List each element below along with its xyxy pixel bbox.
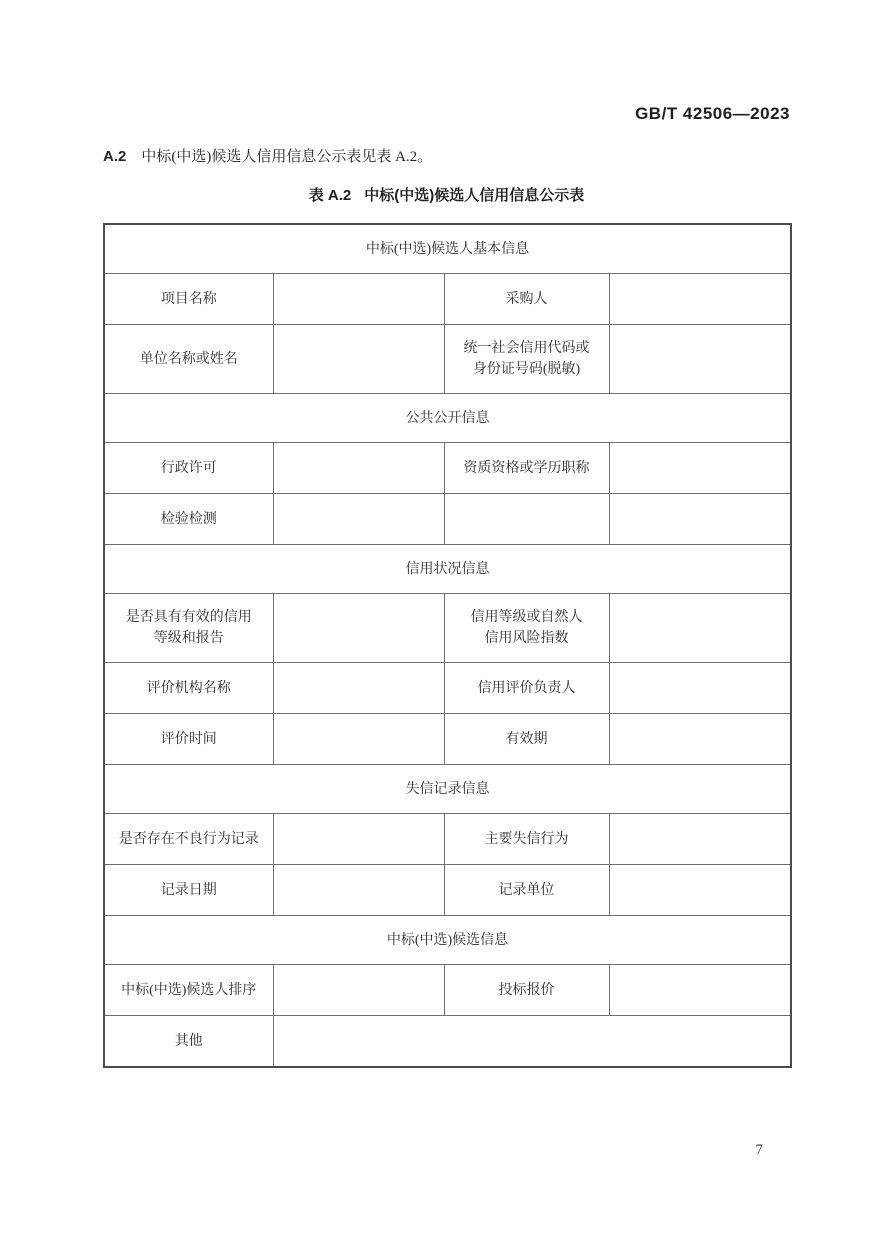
field-label: 信用等级或自然人 信用风险指数	[444, 594, 609, 663]
field-value	[609, 965, 791, 1016]
table-caption: 表 A.2中标(中选)候选人信用信息公示表	[103, 184, 790, 205]
field-label-line: 信用风险指数	[449, 628, 605, 649]
section-header: 中标(中选)候选人基本信息	[104, 224, 791, 274]
field-value	[273, 594, 444, 663]
field-value	[609, 814, 791, 865]
field-label-line: 身份证号码(脱敏)	[449, 359, 605, 380]
field-label: 统一社会信用代码或 身份证号码(脱敏)	[444, 325, 609, 394]
field-value	[273, 274, 444, 325]
section-header: 中标(中选)候选信息	[104, 916, 791, 965]
field-value	[273, 325, 444, 394]
field-value	[609, 274, 791, 325]
field-value	[273, 865, 444, 916]
field-value	[273, 443, 444, 494]
credit-info-table: 中标(中选)候选人基本信息 项目名称 采购人 单位名称或姓名 统一社会信用代码或…	[103, 223, 792, 1068]
field-label: 行政许可	[104, 443, 273, 494]
field-label-line: 信用等级或自然人	[449, 607, 605, 628]
field-label: 投标报价	[444, 965, 609, 1016]
field-label: 其他	[104, 1016, 273, 1068]
field-label: 单位名称或姓名	[104, 325, 273, 394]
section-row-candidate-info: 中标(中选)候选信息	[104, 916, 791, 965]
field-label: 记录日期	[104, 865, 273, 916]
field-label: 有效期	[444, 714, 609, 765]
table-row: 检验检测	[104, 494, 791, 545]
field-label-line: 是否具有有效的信用	[109, 607, 269, 628]
field-label: 评价时间	[104, 714, 273, 765]
field-label: 是否具有有效的信用 等级和报告	[104, 594, 273, 663]
field-label: 信用评价负责人	[444, 663, 609, 714]
field-label	[444, 494, 609, 545]
table-row: 单位名称或姓名 统一社会信用代码或 身份证号码(脱敏)	[104, 325, 791, 394]
field-value	[273, 663, 444, 714]
field-value	[273, 814, 444, 865]
field-value	[273, 494, 444, 545]
intro-paragraph: A.2中标(中选)候选人信用信息公示表见表 A.2。	[103, 147, 790, 167]
table-row: 评价时间 有效期	[104, 714, 791, 765]
field-value	[609, 663, 791, 714]
table-row: 中标(中选)候选人排序 投标报价	[104, 965, 791, 1016]
section-row-credit-status: 信用状况信息	[104, 545, 791, 594]
field-value	[609, 443, 791, 494]
table-caption-title: 中标(中选)候选人信用信息公示表	[364, 187, 584, 204]
field-value	[273, 1016, 791, 1068]
field-label: 主要失信行为	[444, 814, 609, 865]
page-content: GB/T 42506—2023 A.2中标(中选)候选人信用信息公示表见表 A.…	[103, 104, 790, 1068]
standard-number: GB/T 42506—2023	[103, 104, 790, 124]
field-value	[609, 325, 791, 394]
table-row: 项目名称 采购人	[104, 274, 791, 325]
section-header: 失信记录信息	[104, 765, 791, 814]
field-value	[609, 594, 791, 663]
section-row-basic-info: 中标(中选)候选人基本信息	[104, 224, 791, 274]
field-label: 中标(中选)候选人排序	[104, 965, 273, 1016]
field-label: 项目名称	[104, 274, 273, 325]
field-value	[273, 714, 444, 765]
field-label: 记录单位	[444, 865, 609, 916]
document-page: GB/T 42506—2023 A.2中标(中选)候选人信用信息公示表见表 A.…	[0, 0, 880, 1242]
table-caption-number: 表 A.2	[309, 187, 352, 204]
page-number: 7	[756, 1142, 764, 1159]
field-label: 检验检测	[104, 494, 273, 545]
section-row-dishonesty-records: 失信记录信息	[104, 765, 791, 814]
field-value	[609, 865, 791, 916]
section-header: 公共公开信息	[104, 394, 791, 443]
field-label: 评价机构名称	[104, 663, 273, 714]
field-label: 是否存在不良行为记录	[104, 814, 273, 865]
table-row: 记录日期 记录单位	[104, 865, 791, 916]
table-row: 行政许可 资质资格或学历职称	[104, 443, 791, 494]
field-label: 资质资格或学历职称	[444, 443, 609, 494]
field-label: 采购人	[444, 274, 609, 325]
field-value	[609, 494, 791, 545]
table-row: 评价机构名称 信用评价负责人	[104, 663, 791, 714]
field-label-line: 统一社会信用代码或	[449, 338, 605, 359]
table-row: 是否具有有效的信用 等级和报告 信用等级或自然人 信用风险指数	[104, 594, 791, 663]
table-row: 是否存在不良行为记录 主要失信行为	[104, 814, 791, 865]
table-row-other: 其他	[104, 1016, 791, 1068]
intro-text: 中标(中选)候选人信用信息公示表见表 A.2。	[141, 149, 432, 165]
field-value	[609, 714, 791, 765]
section-row-public-info: 公共公开信息	[104, 394, 791, 443]
field-label-line: 等级和报告	[109, 628, 269, 649]
section-header: 信用状况信息	[104, 545, 791, 594]
field-value	[273, 965, 444, 1016]
clause-number: A.2	[103, 148, 126, 165]
